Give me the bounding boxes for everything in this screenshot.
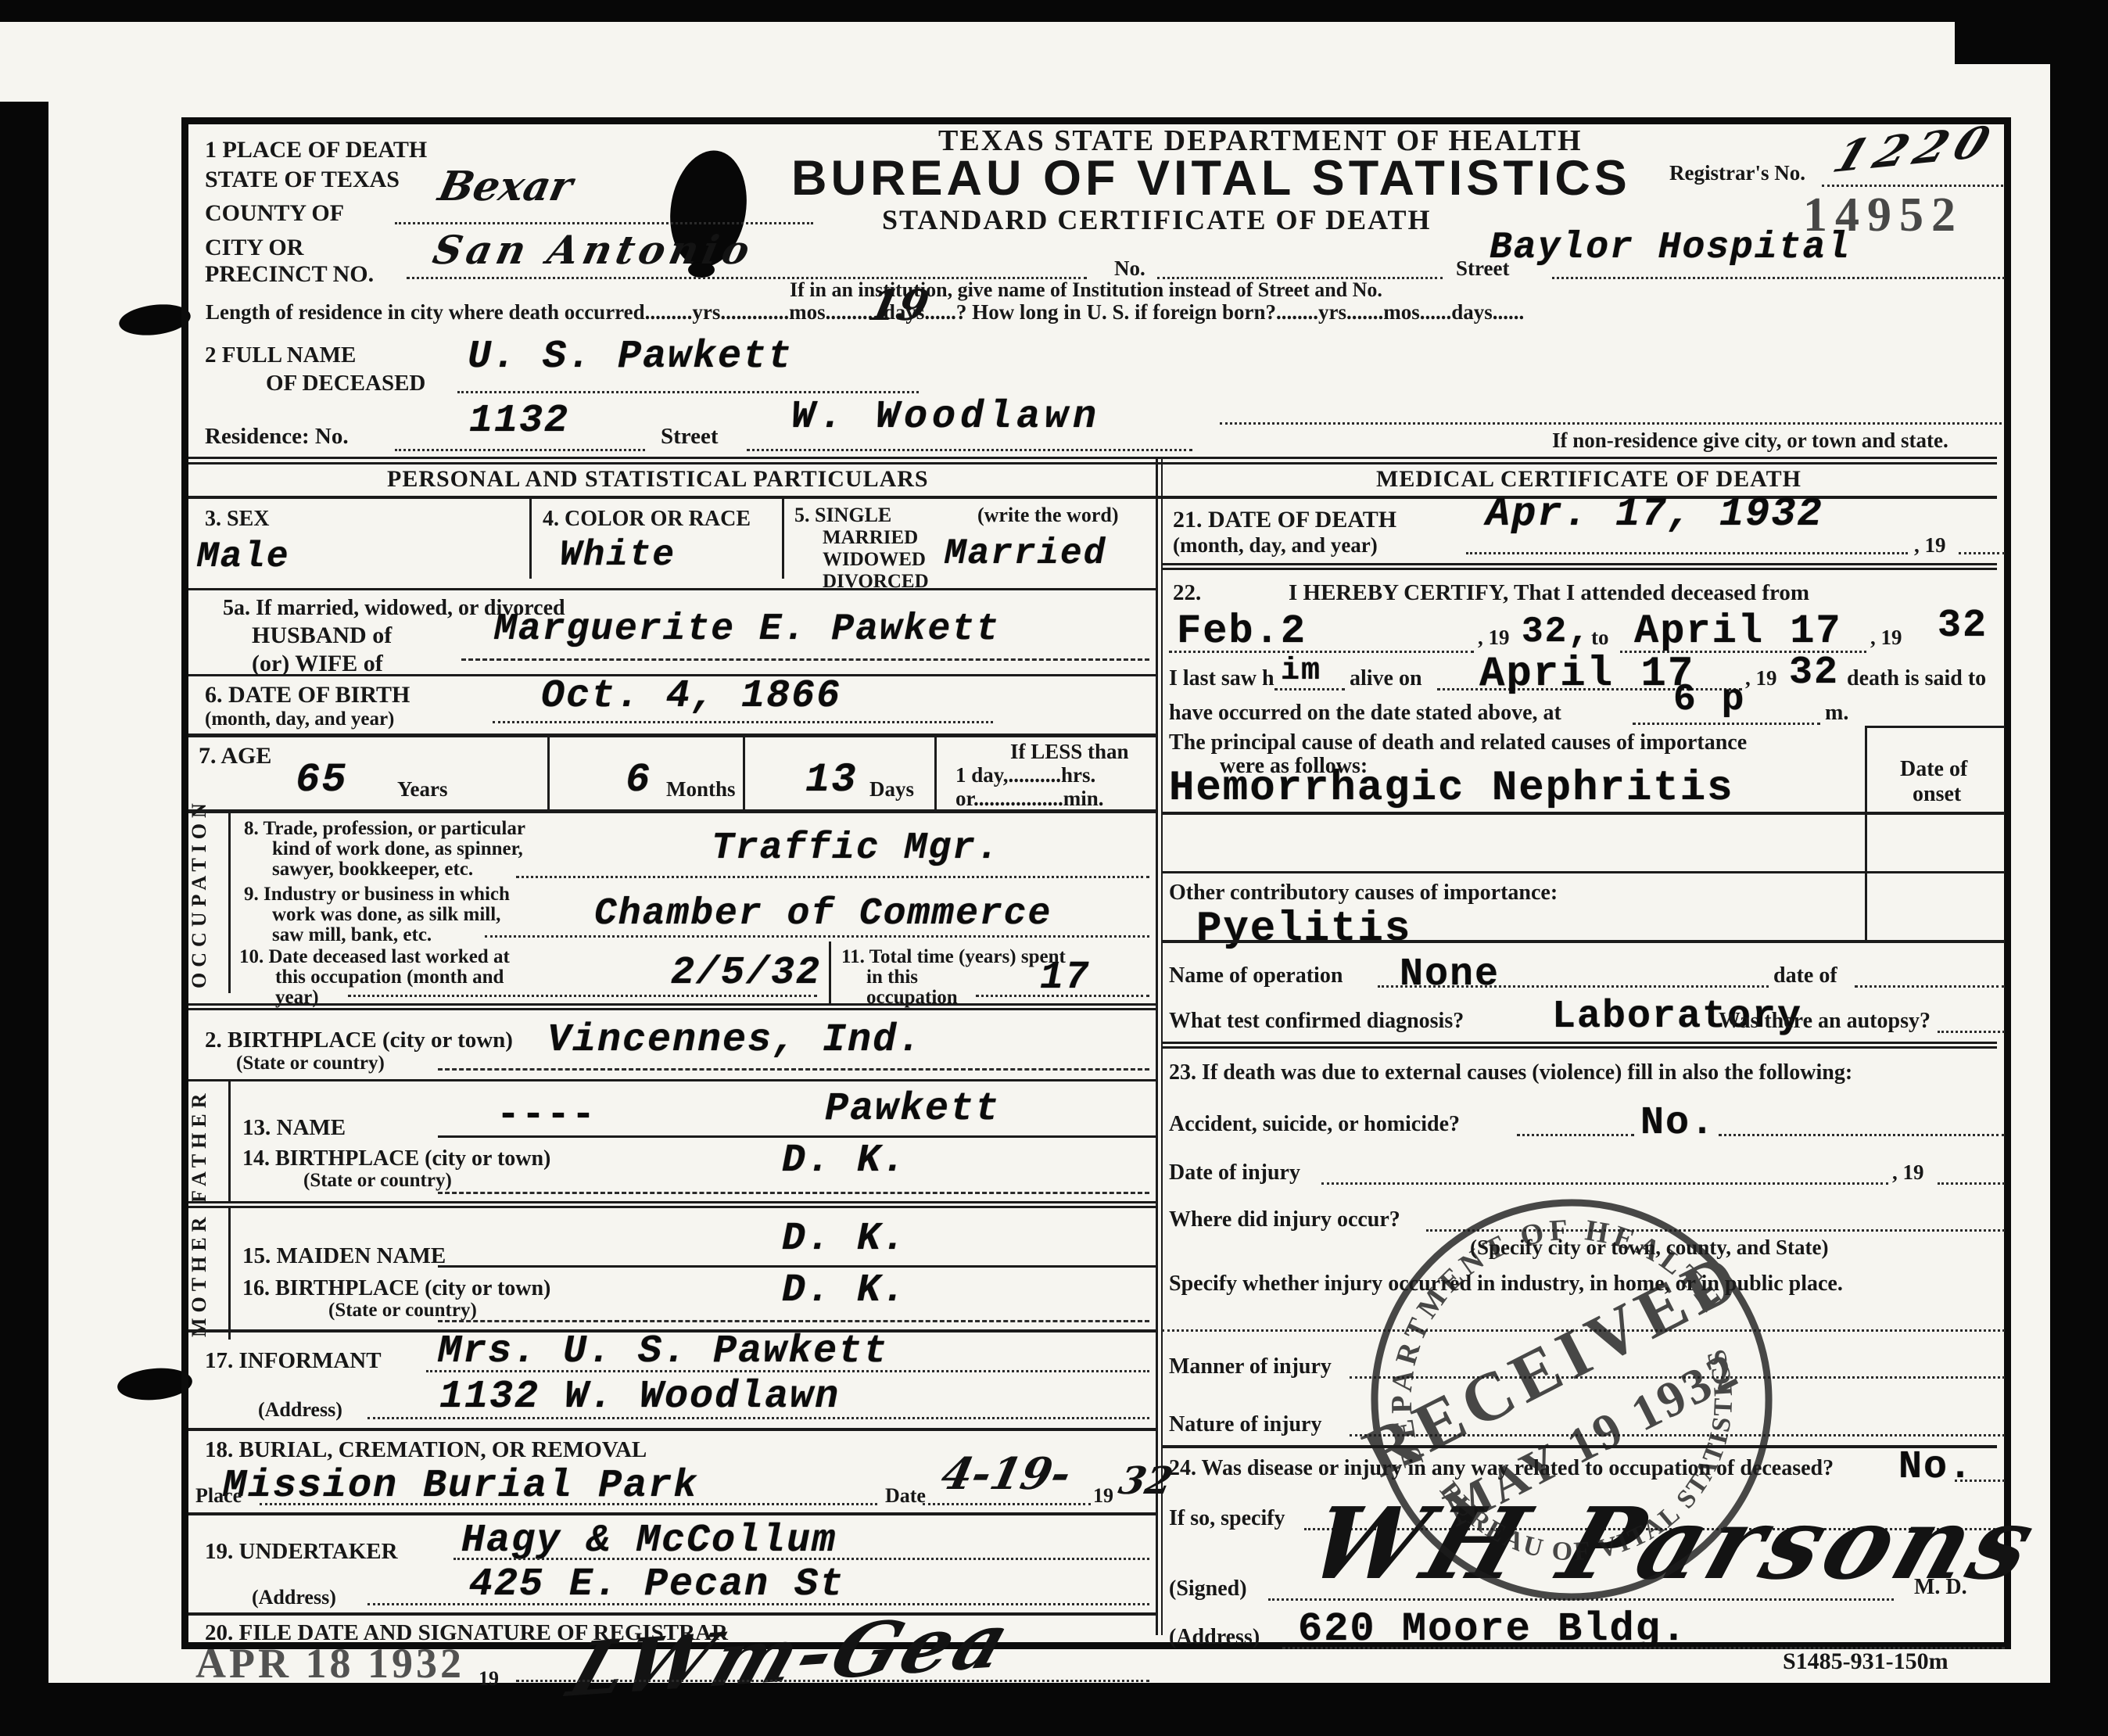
age-less-line1: If LESS than <box>1010 740 1129 764</box>
item21-sublabel: (month, day, and year) <box>1173 533 1378 558</box>
father-side-label: FATHER <box>188 1092 211 1203</box>
left-section-title: PERSONAL AND STATISTICAL PARTICULARS <box>387 466 929 493</box>
item10-value: 2/5/32 <box>671 951 821 995</box>
attended-from-year: 32, <box>1522 612 1591 652</box>
date-injury-19: , 19 <box>1892 1160 1924 1185</box>
item14-value: D. K. <box>782 1139 907 1183</box>
file-date-stamp: APR 18 1932 <box>195 1639 464 1688</box>
fullname-line <box>457 391 919 393</box>
onset-box-top <box>1865 726 2005 728</box>
residence-length-value: 19 <box>864 280 934 330</box>
age-less-line3: or.................min. <box>955 787 1104 811</box>
cause-underline <box>1162 812 2005 815</box>
item11-line1: 11. Total time (years) spent <box>841 946 1066 968</box>
row-line-thick <box>188 1428 1156 1431</box>
item16-sublabel: (State or country) <box>328 1300 477 1322</box>
item19-address-value: 425 E. Pecan St <box>469 1562 844 1607</box>
onset-label1: Date of <box>1900 757 1967 782</box>
attended-to-19: , 19 <box>1870 626 1902 650</box>
date-injury-19-line <box>1938 1182 2005 1185</box>
item20-line <box>516 1680 1149 1682</box>
marital-note: (write the word) <box>977 504 1119 527</box>
item8-value: Traffic Mgr. <box>712 827 1001 870</box>
item21-value: Apr. 17, 1932 <box>1486 491 1823 537</box>
last-saw-im-line <box>1274 688 1345 690</box>
item17-address-line <box>367 1417 1149 1419</box>
row-line-thick <box>188 809 1156 813</box>
last-saw-year: 32 <box>1789 651 1839 695</box>
age-years-label: Years <box>397 777 447 802</box>
cell-line <box>547 737 550 809</box>
dob-value: Oct. 4, 1866 <box>541 674 841 719</box>
item18-place-line <box>260 1503 877 1505</box>
residence-no-value: 1132 <box>469 399 569 443</box>
item8-line3: sawyer, bookkeeper, etc. <box>272 859 473 881</box>
contributory-value: Pyelitis <box>1196 906 1411 953</box>
item18-date-19: 19 <box>1093 1484 1113 1508</box>
double-rule-bottom <box>188 462 1997 464</box>
dob-line <box>493 721 993 723</box>
cell-line <box>782 499 784 579</box>
occurred-time-value: 6 p <box>1673 679 1745 721</box>
item8-line2: kind of work done, as spinner, <box>272 838 523 860</box>
operation-line <box>1378 985 1769 988</box>
row-line <box>188 1201 1156 1203</box>
fullname-label2: OF DECEASED <box>266 371 425 396</box>
cell-line <box>529 499 532 579</box>
item12-sublabel: (State or country) <box>236 1053 385 1074</box>
item23-label: 23. If death was due to external causes … <box>1169 1060 1852 1085</box>
sex-value: Male <box>197 536 289 577</box>
item10-line1: 10. Date deceased last worked at <box>239 946 510 968</box>
death-certificate-scan: 1 PLACE OF DEATH STATE OF TEXAS Bexar CO… <box>0 0 2108 1736</box>
city-value: San Antonio <box>429 227 758 273</box>
row-line-thick <box>188 1512 1156 1515</box>
item15-label: 15. MAIDEN NAME <box>242 1243 446 1269</box>
item13-line <box>438 1135 1156 1138</box>
item9-line3: saw mill, bank, etc. <box>272 924 432 946</box>
place-of-death-label: 1 PLACE OF DEATH <box>205 137 427 163</box>
certify-line: I HEREBY CERTIFY, That I attended deceas… <box>1289 580 1809 606</box>
item11-value: 17 <box>1040 956 1090 1000</box>
md-label: M. D. <box>1914 1575 1967 1600</box>
operation-date-line <box>1855 985 2005 988</box>
nature-label: Nature of injury <box>1169 1412 1321 1437</box>
accident-line-b <box>1719 1134 2005 1136</box>
accident-line-a <box>1517 1134 1634 1136</box>
item5a-line3: (or) WIFE of <box>252 651 383 677</box>
cell-line <box>934 737 937 809</box>
cell-line <box>829 942 831 1003</box>
age-months-label: Months <box>666 777 736 802</box>
marital-label: 5. SINGLE <box>794 504 891 527</box>
item24-value: No. <box>1898 1445 1974 1490</box>
item17-address-value: 1132 W. Woodlawn <box>439 1375 840 1419</box>
item18-date-value: 4-19- <box>937 1448 1075 1500</box>
row-line <box>188 1008 1156 1010</box>
residence-no-line <box>395 449 645 451</box>
last-saw-pre: I last saw h <box>1169 666 1274 691</box>
if-so-label: If so, specify <box>1169 1506 1285 1531</box>
street-line <box>1552 277 2005 279</box>
rule <box>1162 1046 1997 1049</box>
item20-19: 19 <box>479 1667 499 1691</box>
item15-line <box>438 1265 1156 1268</box>
scan-border-top <box>0 0 2108 22</box>
double-rule-top <box>188 457 1997 459</box>
accident-label: Accident, suicide, or homicide? <box>1169 1112 1460 1137</box>
item17-value: Mrs. U. S. Pawkett <box>438 1329 888 1374</box>
state-label: STATE OF TEXAS <box>205 167 400 193</box>
cell-line <box>743 737 745 809</box>
mother-side-label: MOTHER <box>188 1220 211 1337</box>
item21-19: , 19 <box>1914 533 1946 558</box>
item22-no: 22. <box>1173 580 1201 606</box>
item8-line <box>516 876 1149 878</box>
attended-from-value: Feb.2 <box>1177 608 1307 655</box>
row-line <box>188 1206 1156 1208</box>
item17-address-label: (Address) <box>258 1398 342 1422</box>
onset-label2: onset <box>1913 782 1961 807</box>
item8-line1: 8. Trade, profession, or particular <box>244 818 525 840</box>
occurred-line: have occurred on the date stated above, … <box>1169 701 1561 726</box>
operation-label: Name of operation <box>1169 963 1343 988</box>
autopsy-line <box>1938 1031 2005 1033</box>
age-less-line2: 1 day,..........hrs. <box>955 763 1095 787</box>
column-divider-a <box>1156 457 1158 1635</box>
item21-label: 21. DATE OF DEATH <box>1173 507 1396 533</box>
item21-19-line <box>1959 552 2005 554</box>
item19-value: Hagy & McCollum <box>461 1519 837 1563</box>
item18-date-line <box>923 1503 1091 1505</box>
right-section-title: MEDICAL CERTIFICATE OF DEATH <box>1376 466 1801 493</box>
row-line <box>188 1003 1156 1006</box>
last-saw-mid: alive on <box>1350 666 1422 691</box>
item21-line <box>1466 552 1908 554</box>
dob-label: 6. DATE OF BIRTH <box>205 682 410 708</box>
spouse-line <box>461 658 1149 661</box>
item13-value-dash: ---- <box>497 1093 597 1138</box>
rule <box>1162 1042 1997 1044</box>
age-years-value: 65 <box>296 757 347 803</box>
last-saw-19: , 19 <box>1745 666 1777 690</box>
item9-value: Chamber of Commerce <box>594 893 1052 935</box>
item14-sublabel: (State or country) <box>303 1170 452 1192</box>
item14-line <box>438 1192 1149 1194</box>
item17-line <box>426 1370 1149 1372</box>
manner-label: Manner of injury <box>1169 1354 1332 1379</box>
county-value: Bexar <box>435 163 577 210</box>
cert-title: STANDARD CERTIFICATE OF DEATH <box>882 203 1431 236</box>
item12-line <box>438 1068 1149 1071</box>
test-label: What test confirmed diagnosis? <box>1169 1009 1464 1034</box>
item18-label: 18. BURIAL, CREMATION, OR REMOVAL <box>205 1437 647 1463</box>
county-line <box>395 222 813 224</box>
item9-line <box>485 935 1149 938</box>
registrar-line <box>1822 185 2003 187</box>
autopsy-label: Was there an autopsy? <box>1719 1009 1931 1034</box>
item14-label: 14. BIRTHPLACE (city or town) <box>242 1146 550 1171</box>
item19-label: 19. UNDERTAKER <box>205 1539 398 1565</box>
item13-label: 13. NAME <box>242 1115 346 1141</box>
residence-street-line <box>747 449 1192 451</box>
item19-address-label: (Address) <box>252 1586 336 1609</box>
last-saw-post: death is said to <box>1847 666 1986 691</box>
item10-line2: this occupation (month and <box>275 967 504 988</box>
item16-line <box>438 1320 1149 1322</box>
fullname-value: U. S. Pawkett <box>468 335 793 379</box>
item12-value: Vincennes, Ind. <box>547 1018 923 1063</box>
item9-line1: 9. Industry or business in which <box>244 884 510 906</box>
cause-blank-line <box>1162 871 2005 873</box>
race-value: White <box>560 535 676 576</box>
address-label: (Address) <box>1169 1625 1260 1650</box>
rule <box>1162 568 1997 570</box>
nonresidence-note: If non-residence give city, or town and … <box>1552 429 1948 453</box>
item9-line2: work was done, as silk mill, <box>272 904 500 926</box>
scan-border-right <box>2050 0 2108 1736</box>
age-days-label: Days <box>869 777 914 802</box>
attended-from-line <box>1169 651 1474 653</box>
item16-value: D. K. <box>782 1268 907 1313</box>
age-months-value: 6 <box>626 757 651 803</box>
last-saw-date: April 17 <box>1479 651 1694 698</box>
precinct-label: PRECINCT NO. <box>205 261 374 288</box>
occupation-side-label: OCCUPATION <box>188 820 211 988</box>
registrar-label: Registrar's No. <box>1669 161 1805 185</box>
father-rule <box>228 1081 231 1203</box>
last-saw-im: im <box>1281 654 1321 689</box>
item11-line2: in this <box>866 967 918 988</box>
marital-opt-widowed: WIDOWED <box>823 549 926 571</box>
contributory-label: Other contributory causes of importance: <box>1169 881 1558 906</box>
item19-address-line <box>367 1603 1149 1605</box>
attended-to-value: April 17 <box>1634 608 1842 655</box>
principal-cause-line1: The principal cause of death and related… <box>1169 730 1747 755</box>
bureau-title: BUREAU OF VITAL STATISTICS <box>791 150 1631 206</box>
item18-place-label: Place <box>195 1484 242 1508</box>
operation-value: None <box>1400 952 1500 997</box>
occurred-m: m. <box>1825 701 1848 726</box>
sex-label: 3. SEX <box>205 507 269 532</box>
received-stamp: DEPARTMENT OF HEALTH BUREAU OF VITAL STA… <box>1345 1173 1798 1627</box>
attended-to-label: to <box>1591 626 1609 650</box>
race-label: 4. COLOR OR RACE <box>543 507 751 532</box>
accident-value: No. <box>1640 1101 1715 1146</box>
row-line-thick <box>188 733 1156 737</box>
street-value: Baylor Hospital <box>1490 227 1851 269</box>
item15-value: D. K. <box>782 1217 907 1261</box>
form-code: S1485-931-150m <box>1783 1648 1948 1675</box>
rule <box>1162 563 1997 565</box>
item18-place-value: Mission Burial Park <box>223 1464 698 1508</box>
item5a-line2: HUSBAND of <box>252 622 392 649</box>
principal-cause-value: Hemorrhagic Nephritis <box>1169 765 1734 812</box>
operation-date-label: date of <box>1773 963 1837 988</box>
street-no-label: No. <box>1114 256 1145 281</box>
fullname-label: 2 FULL NAME <box>205 343 356 368</box>
row-line <box>188 1079 1156 1081</box>
item13-value: Pawkett <box>825 1087 1000 1132</box>
residence-street-label: Street <box>661 424 719 450</box>
item16-label: 16. BIRTHPLACE (city or town) <box>242 1276 550 1301</box>
item24-line <box>1955 1480 2005 1482</box>
residence-label: Residence: No. <box>205 424 349 450</box>
signed-label: (Signed) <box>1169 1576 1247 1601</box>
item18-date-year: 32 <box>1115 1459 1177 1503</box>
age-days-value: 13 <box>805 757 857 803</box>
attended-to-year: 32 <box>1938 604 1988 648</box>
occupation-rule <box>228 813 231 993</box>
contributory-underline <box>1162 940 2005 943</box>
item12-label: 2. BIRTHPLACE (city or town) <box>205 1028 513 1053</box>
dob-sublabel: (month, day, and year) <box>205 708 394 730</box>
onset-box-left <box>1865 726 1867 942</box>
scan-border-left <box>0 102 48 1683</box>
mother-rule <box>228 1208 231 1340</box>
marital-value: Married <box>945 533 1106 574</box>
residence-street-value: W. Woodlawn <box>791 395 1101 439</box>
city-label: CITY OR <box>205 235 303 261</box>
marital-opt-married: MARRIED <box>823 527 918 549</box>
attended-from-19: , 19 <box>1478 626 1510 650</box>
row-line <box>188 588 1156 590</box>
spouse-value: Marguerite E. Pawkett <box>494 608 1000 651</box>
scan-border-bottom <box>0 1683 2108 1736</box>
item19-line <box>454 1558 1149 1560</box>
residence-length-line: Length of residence in city where death … <box>206 300 1524 325</box>
county-label: COUNTY OF <box>205 200 344 227</box>
nonresidence-line <box>1220 422 2002 425</box>
date-injury-label: Date of injury <box>1169 1160 1300 1185</box>
item18-date-label: Date <box>885 1484 926 1508</box>
age-label: 7. AGE <box>199 743 271 769</box>
occurred-line-dots <box>1633 723 1820 725</box>
item17-label: 17. INFORMANT <box>205 1348 382 1374</box>
